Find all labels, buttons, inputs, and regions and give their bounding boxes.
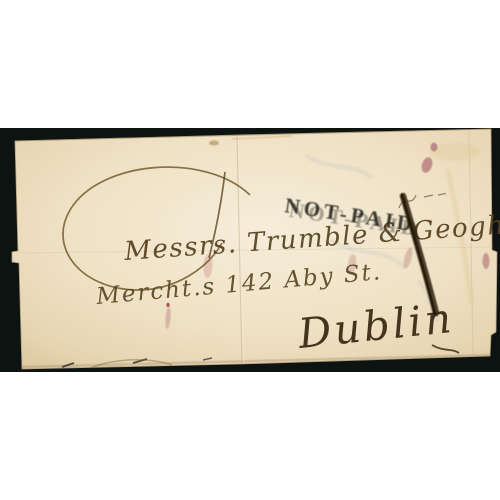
wax-stain [483, 253, 490, 269]
cover-photograph: Messrs. Trumble & Geoghagan Mercht.s 142… [0, 0, 500, 500]
tone-spot [209, 141, 219, 146]
auction-photo-page: Messrs. Trumble & Geoghagan Mercht.s 142… [0, 0, 500, 500]
wax-stain [431, 143, 438, 152]
